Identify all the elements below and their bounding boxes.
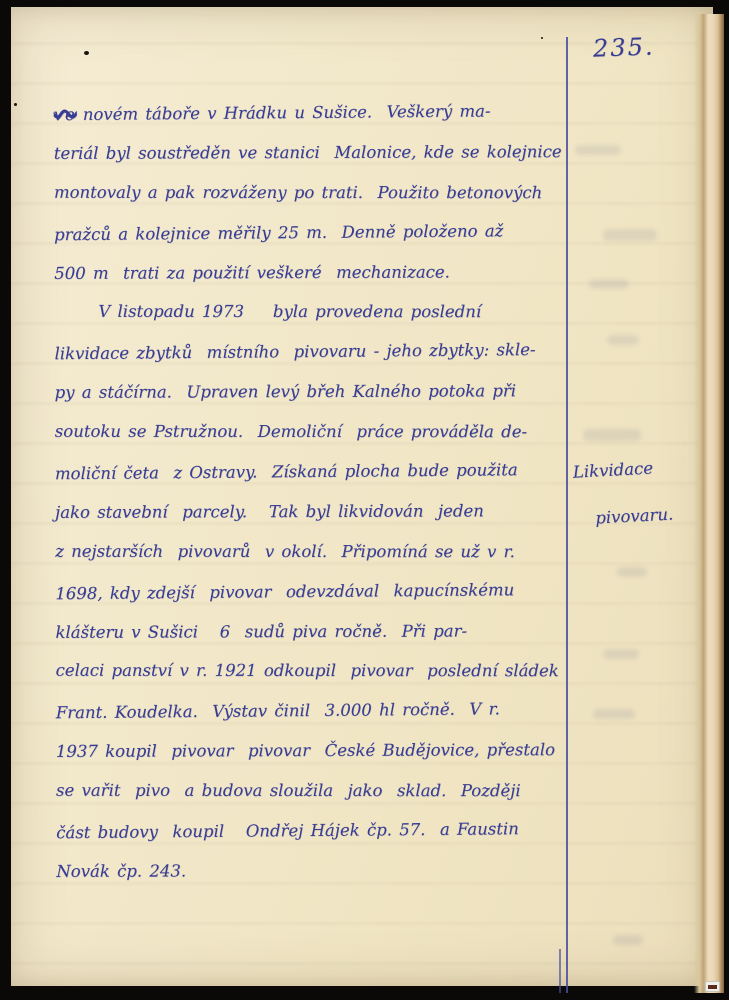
handwritten-line: 1937 koupil pivovar pivovar České Budějo…: [56, 730, 570, 772]
handwritten-line: z nejstarších pivovarů v okolí. Připomín…: [55, 532, 569, 572]
handwritten-line: 500 m trati za použití veškeré mechaniza…: [54, 252, 568, 294]
bleedthrough-mark: [603, 229, 657, 241]
handwritten-line: moliční četa z Ostravy. Získaná plocha b…: [55, 450, 569, 494]
bleedthrough-mark: [603, 649, 639, 659]
scan-speck: [84, 51, 89, 55]
handwritten-line: V listopadu 1973 byla provedena poslední: [54, 292, 568, 332]
margin-note-line: Likvidace: [572, 455, 713, 481]
handwritten-line: celaci panství v r. 1921 odkoupil pivova…: [56, 651, 570, 691]
page-paper: 235. venovém táboře v Hrádku u Sušice. V…: [11, 7, 713, 986]
handwritten-line: část budovy koupil Ondřej Hájek čp. 57. …: [56, 809, 570, 853]
bleedthrough-mark: [593, 709, 635, 719]
line-text: novém táboře v Hrádku u Sušice. Veškerý …: [83, 101, 491, 124]
scan-speck: [14, 103, 17, 106]
bleedthrough-mark: [583, 429, 641, 441]
handwritten-line: klášteru v Sušici 6 sudů piva ročně. Při…: [55, 611, 569, 653]
struck-out-word: ve: [54, 105, 77, 124]
bleedthrough-mark: [607, 335, 639, 345]
handwritten-line: se vařit pivo a budova sloužila jako skl…: [56, 771, 570, 811]
handwritten-line: soutoku se Pstružnou. Demoliční práce pr…: [55, 412, 569, 452]
handwritten-line: pražců a kolejnice měřily 25 m. Denně po…: [54, 210, 568, 254]
book-page-edges: [694, 14, 724, 993]
scan-speck: [541, 37, 543, 39]
handwritten-line: 1698, kdy zdejší pivovar odevzdával kapu…: [55, 569, 569, 613]
handwritten-line: py a stáčírna. Upraven levý břeh Kalného…: [55, 371, 569, 413]
handwritten-text-block: venovém táboře v Hrádku u Sušice. Vešker…: [54, 92, 571, 892]
corner-artifact-icon: [705, 981, 720, 992]
handwritten-line: teriál byl soustředěn ve stanici Malonic…: [54, 132, 568, 174]
bleedthrough-mark: [589, 279, 629, 289]
page-number: 235.: [593, 31, 684, 62]
handwritten-line: jako stavební parcely. Tak byl likvidová…: [55, 491, 569, 533]
handwritten-line: Novák čp. 243.: [56, 850, 570, 892]
handwritten-line: montovaly a pak rozváženy po trati. Použ…: [54, 173, 568, 213]
handwritten-line: likvidace zbytků místního pivovaru - jeh…: [54, 330, 568, 374]
handwritten-line: Frant. Koudelka. Výstav činil 3.000 hl r…: [56, 689, 570, 733]
bleedthrough-mark: [613, 935, 643, 945]
bleedthrough-mark: [575, 145, 621, 155]
scanned-chronicle-page: 235. venovém táboře v Hrádku u Sušice. V…: [0, 0, 729, 1000]
margin-rule-line-secondary: [559, 949, 561, 993]
bleedthrough-mark: [617, 567, 647, 577]
handwritten-line: venovém táboře v Hrádku u Sušice. Vešker…: [54, 91, 568, 135]
